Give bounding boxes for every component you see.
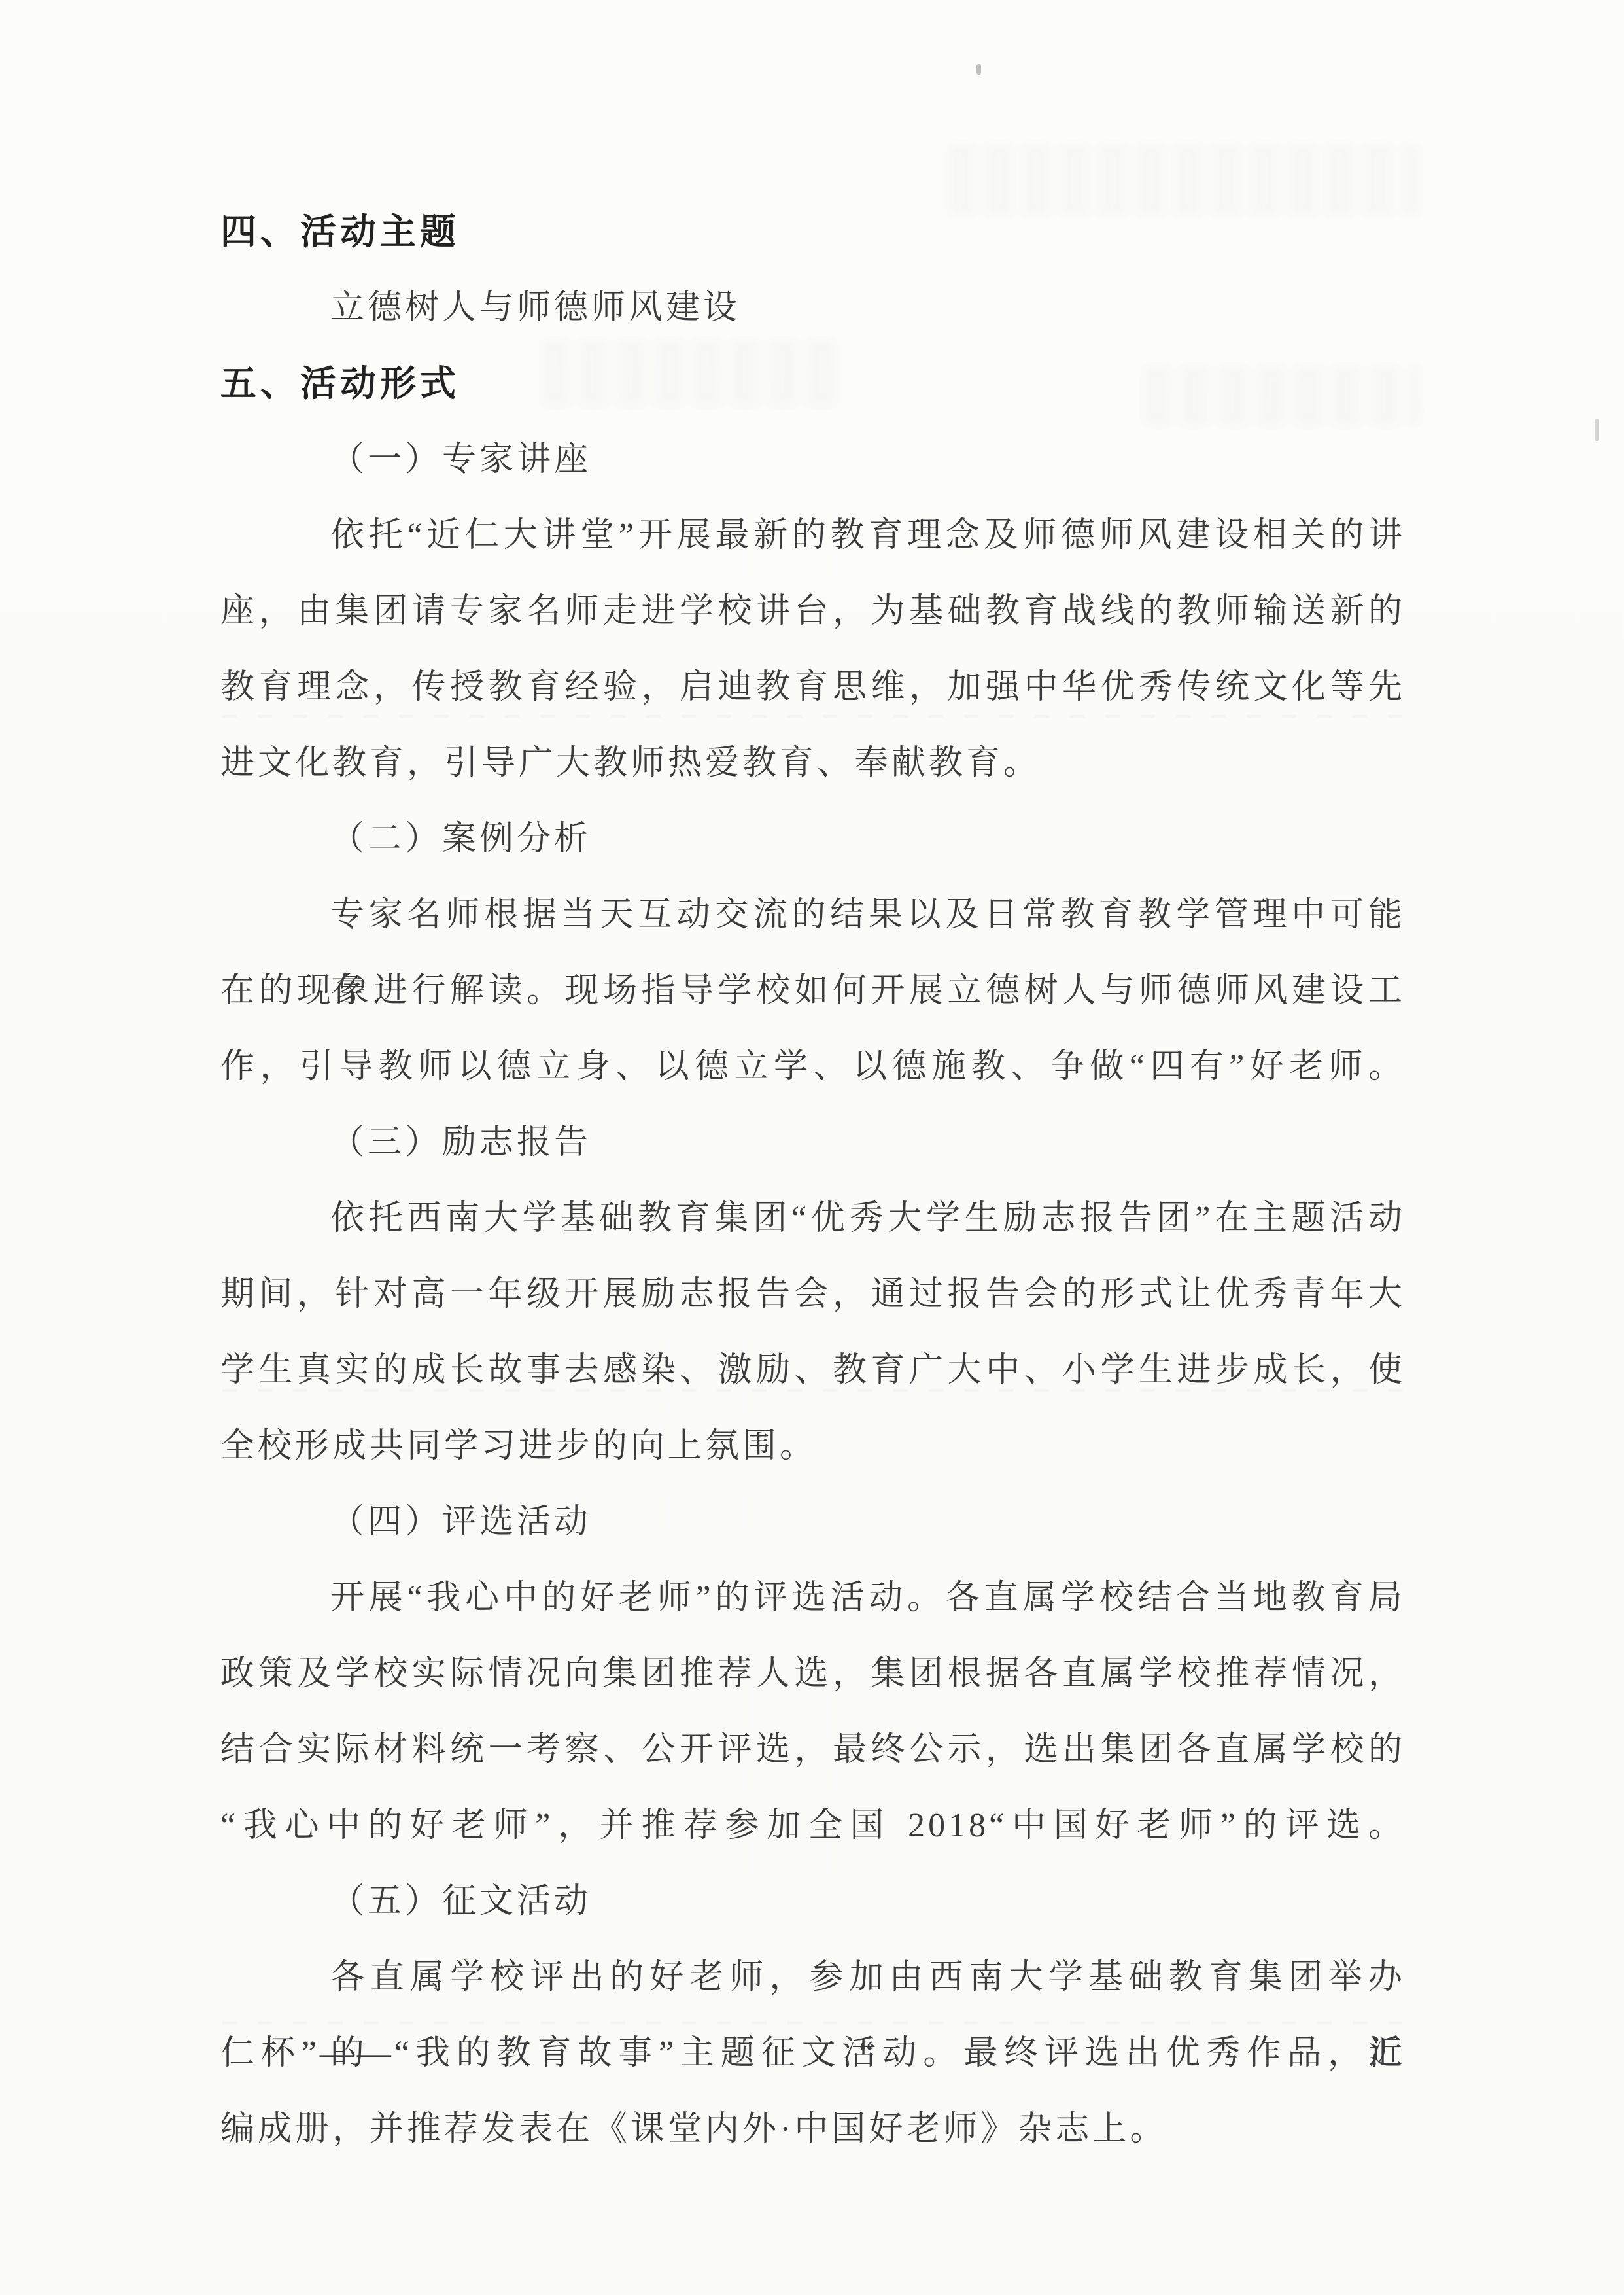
- heading-line: 五、活动形式: [220, 346, 1406, 422]
- text-line: 专家名师根据当天互动交流的结果以及日常教育教学管理中可能存: [220, 877, 1406, 953]
- text-line: （五）征文活动: [220, 1864, 1406, 1940]
- document-page: 四、活动主题立德树人与师德师风建设五、活动形式（一）专家讲座依托“近仁大讲堂”开…: [0, 0, 1624, 2295]
- text-line: “我心中的好老师”，并推荐参加全国 2018“中国好老师”的评选。: [220, 1788, 1406, 1864]
- text-line: （二）案例分析: [220, 801, 1406, 877]
- text-line: 作，引导教师以德立身、以德立学、以德施教、争做“四有”好老师。: [220, 1029, 1406, 1105]
- text-line: 各直属学校评出的好老师，参加由西南大学基础教育集团举办的“近: [220, 1940, 1406, 2016]
- text-line: 依托西南大学基础教育集团“优秀大学生励志报告团”在主题活动: [220, 1181, 1406, 1257]
- text-line: 编成册，并推荐发表在《课堂内外·中国好老师》杂志上。: [220, 2092, 1406, 2167]
- text-line: 在的现象进行解读。现场指导学校如何开展立德树人与师德师风建设工: [220, 953, 1406, 1029]
- text-line: 学生真实的成长故事去感染、激励、教育广大中、小学生进步成长，使: [220, 1333, 1406, 1409]
- scan-speck: [1595, 419, 1599, 441]
- text-line: 依托“近仁大讲堂”开展最新的教育理念及师德师风建设相关的讲: [220, 498, 1406, 574]
- scan-speck: [976, 64, 981, 75]
- text-line: （四）评选活动: [220, 1484, 1406, 1560]
- text-line: 全校形成共同学习进步的向上氛围。: [220, 1409, 1406, 1484]
- heading-line: 四、活动主题: [220, 194, 1406, 270]
- text-line: 立德树人与师德师风建设: [220, 270, 1406, 346]
- text-line: 进文化教育，引导广大教师热爱教育、奉献教育。: [220, 726, 1406, 801]
- text-line: （一）专家讲座: [220, 422, 1406, 498]
- text-line: 座，由集团请专家名师走进学校讲台，为基础教育战线的教师输送新的: [220, 574, 1406, 650]
- text-line: 期间，针对高一年级开展励志报告会，通过报告会的形式让优秀青年大: [220, 1257, 1406, 1333]
- text-line: 结合实际材料统一考察、公开评选，最终公示，选出集团各直属学校的: [220, 1712, 1406, 1788]
- text-line: 仁杯”——“我的教育故事”主题征文活动。最终评选出优秀作品，汇: [220, 2016, 1406, 2092]
- text-line: 教育理念，传授教育经验，启迪教育思维，加强中华优秀传统文化等先: [220, 650, 1406, 726]
- text-line: 开展“我心中的好老师”的评选活动。各直属学校结合当地教育局: [220, 1560, 1406, 1636]
- text-line: （三）励志报告: [220, 1105, 1406, 1181]
- text-column: 四、活动主题立德树人与师德师风建设五、活动形式（一）专家讲座依托“近仁大讲堂”开…: [220, 194, 1406, 2167]
- text-line: 政策及学校实际情况向集团推荐人选，集团根据各直属学校推荐情况，: [220, 1636, 1406, 1712]
